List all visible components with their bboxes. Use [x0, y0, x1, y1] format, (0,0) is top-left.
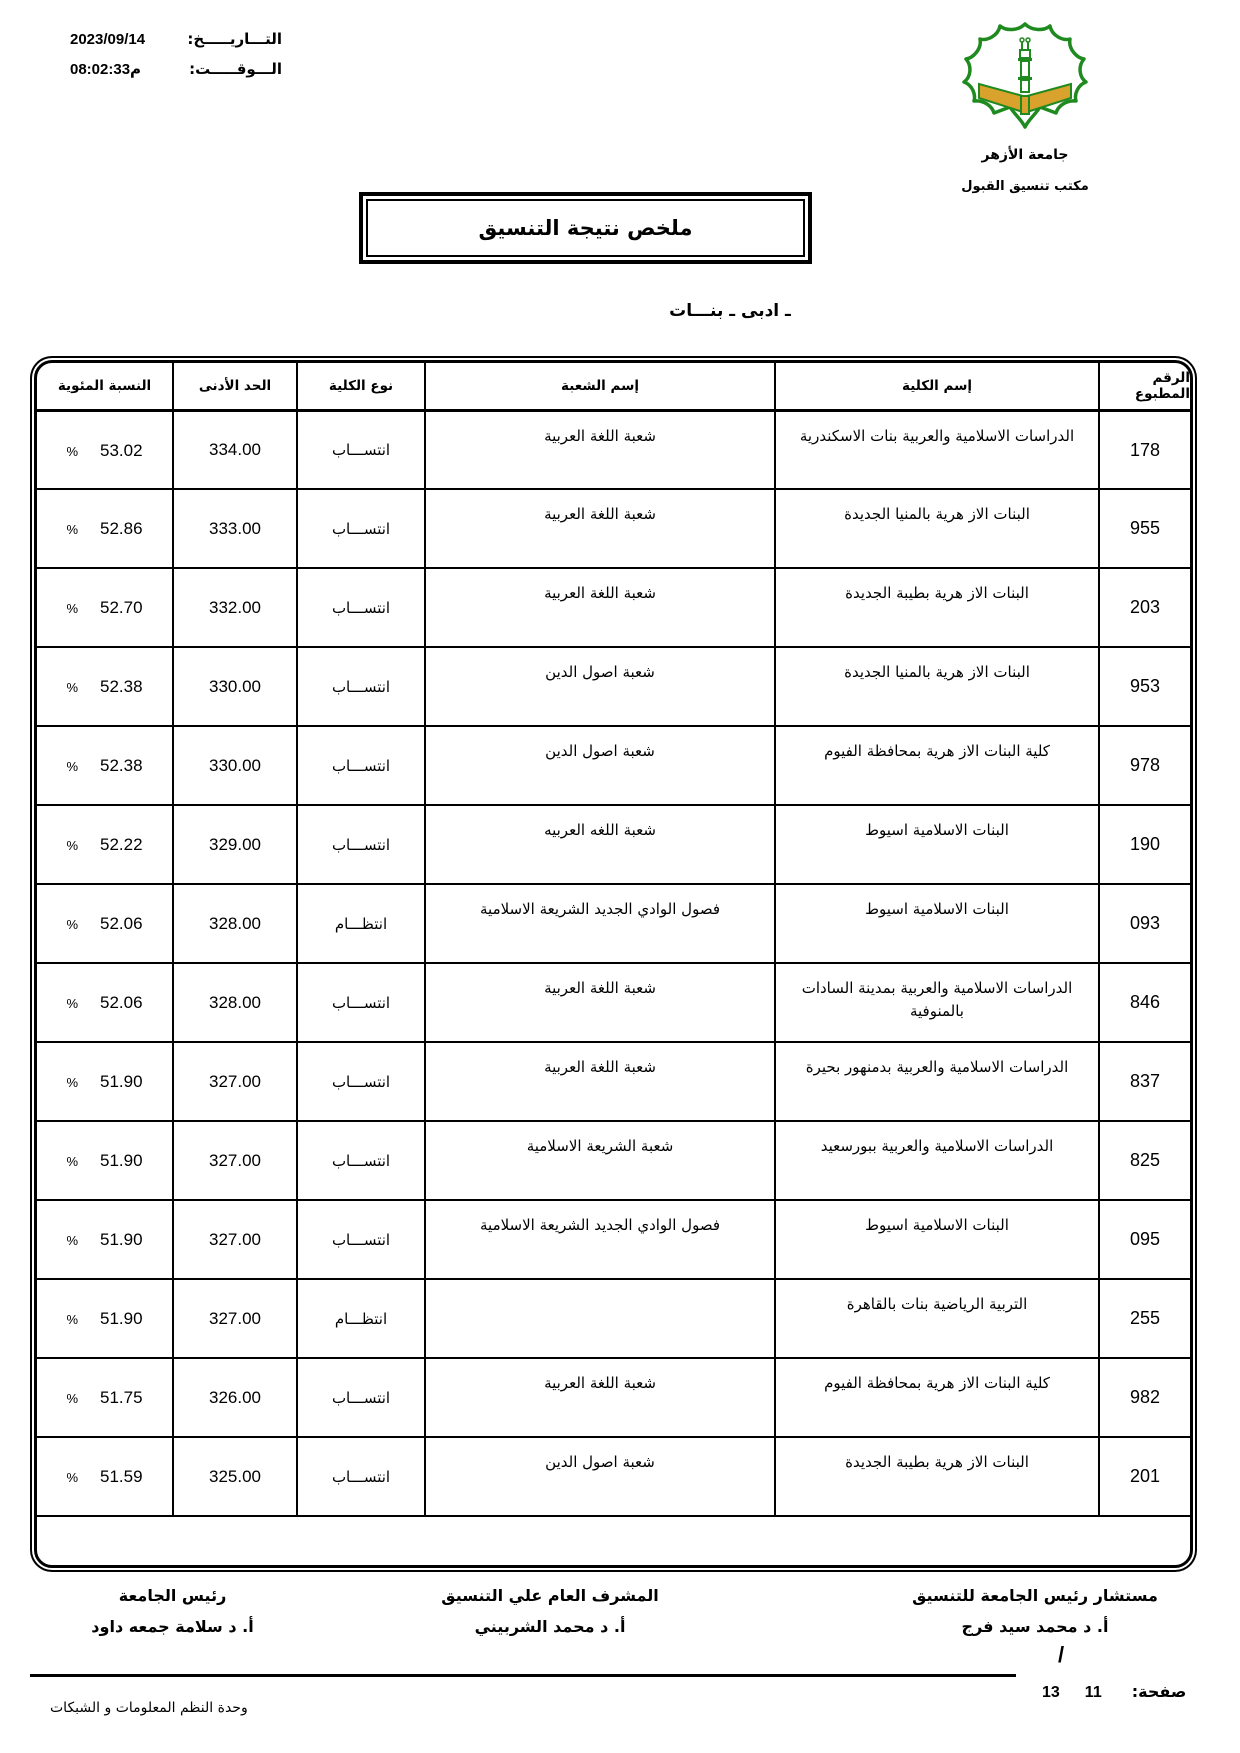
college-name-cell: الدراسات الاسلامية والعربية ببورسعيد [776, 1122, 1100, 1199]
minimum-score-cell: 326.00 [174, 1359, 298, 1436]
college-type-cell: انتســـاب [298, 806, 426, 883]
percent-sign: % [66, 917, 78, 932]
section-name-cell: شعبة اللغه العربيه [426, 806, 776, 883]
section-name-cell: شعبة اللغة العربية [426, 412, 776, 488]
page-slash: / [1058, 1642, 1064, 1668]
printed-number-cell: 201 [1100, 1438, 1190, 1515]
title-inner-border: ملخص نتيجة التنسيق [366, 199, 805, 257]
college-type-cell: انتســـاب [298, 490, 426, 567]
college-name-cell: البنات الاز هرية بطيبة الجديدة [776, 1438, 1100, 1515]
percentage-cell: % 52.70 [37, 569, 174, 646]
minimum-score-cell: 330.00 [174, 727, 298, 804]
table-row: % 53.02 334.00 انتســـاب شعبة اللغة العر… [37, 409, 1190, 488]
signature-title: المشرف العام علي التنسيق [400, 1586, 700, 1605]
minimum-score-cell: 332.00 [174, 569, 298, 646]
college-type-cell: انتســـاب [298, 569, 426, 646]
percentage-cell: % 51.90 [37, 1122, 174, 1199]
percentage-cell: % 51.59 [37, 1438, 174, 1515]
section-name-cell [426, 1280, 776, 1357]
college-type-cell: انتســـاب [298, 648, 426, 725]
table-row: % 52.70 332.00 انتســـاب شعبة اللغة العر… [37, 567, 1190, 646]
percentage-cell: % 52.86 [37, 490, 174, 567]
table-row: % 52.38 330.00 انتســـاب شعبة اصول الدين… [37, 646, 1190, 725]
signature-title: رئيس الجامعة [25, 1586, 320, 1605]
percentage-value: 52.06 [100, 993, 143, 1013]
college-name-cell: البنات الاز هرية بالمنيا الجديدة [776, 648, 1100, 725]
percentage-value: 52.70 [100, 598, 143, 618]
percent-sign: % [66, 1154, 78, 1169]
time-value: م08:02:33 [70, 60, 141, 78]
percentage-cell: % 52.38 [37, 648, 174, 725]
date-value: 2023/09/14 [70, 31, 145, 48]
percentage-cell: % 51.90 [37, 1280, 174, 1357]
page-title: ملخص نتيجة التنسيق [479, 216, 693, 240]
printed-number-cell: 982 [1100, 1359, 1190, 1436]
signature-advisor: مستشار رئيس الجامعة للتنسيق أ. د محمد سي… [880, 1586, 1190, 1636]
percent-sign: % [66, 1075, 78, 1090]
printed-number-cell: 190 [1100, 806, 1190, 883]
section-name-cell: فصول الوادي الجديد الشريعة الاسلامية [426, 885, 776, 962]
percentage-value: 52.06 [100, 914, 143, 934]
percent-sign: % [66, 759, 78, 774]
section-name-cell: شعبة اصول الدين [426, 648, 776, 725]
page-total: 13 [1042, 1684, 1060, 1702]
datetime-block: التـــاريـــــخ: 2023/09/14 الـــوقـــــ… [70, 30, 282, 78]
percentage-value: 52.38 [100, 677, 143, 697]
percent-sign: % [66, 444, 78, 459]
section-name-cell: شعبة الشريعة الاسلامية [426, 1122, 776, 1199]
section-name-cell: شعبة اصول الدين [426, 1438, 776, 1515]
table-row: % 51.75 326.00 انتســـاب شعبة اللغة العر… [37, 1357, 1190, 1436]
percent-sign: % [66, 522, 78, 537]
college-name-cell: الدراسات الاسلامية والعربية بنات الاسكند… [776, 412, 1100, 488]
table-header-row: النسبة المئوية الحد الأدنى نوع الكلية إس… [37, 363, 1190, 409]
percent-sign: % [66, 996, 78, 1011]
university-name: جامعة الأزهر [930, 147, 1120, 163]
date-label: التـــاريـــــخ: [187, 30, 282, 48]
minimum-score-cell: 328.00 [174, 964, 298, 1041]
percent-sign: % [66, 1391, 78, 1406]
section-name-cell: شعبة اصول الدين [426, 727, 776, 804]
percentage-cell: % 52.06 [37, 964, 174, 1041]
percentage-value: 53.02 [100, 441, 143, 461]
college-name-cell: البنات الاز هرية بطيبة الجديدة [776, 569, 1100, 646]
minimum-score-cell: 330.00 [174, 648, 298, 725]
printed-number-cell: 095 [1100, 1201, 1190, 1278]
section-name-cell: شعبة اللغة العربية [426, 1043, 776, 1120]
signature-supervisor: المشرف العام علي التنسيق أ. د محمد الشرب… [400, 1586, 700, 1636]
table-row: % 52.06 328.00 انتظـــام فصول الوادي الج… [37, 883, 1190, 962]
time-row: الـــوقـــــت: م08:02:33 [70, 60, 282, 78]
minimum-score-cell: 327.00 [174, 1043, 298, 1120]
percent-sign: % [66, 680, 78, 695]
college-name-cell: البنات الاسلامية اسيوط [776, 885, 1100, 962]
table-row: % 52.22 329.00 انتســـاب شعبة اللغه العر… [37, 804, 1190, 883]
percentage-value: 52.86 [100, 519, 143, 539]
signature-president: رئيس الجامعة أ. د سلامة جمعه داود [25, 1586, 320, 1636]
printed-number-cell: 093 [1100, 885, 1190, 962]
percentage-cell: % 52.38 [37, 727, 174, 804]
minimum-score-cell: 329.00 [174, 806, 298, 883]
college-type-cell: انتســـاب [298, 1043, 426, 1120]
signature-title: مستشار رئيس الجامعة للتنسيق [880, 1586, 1190, 1605]
page-current: 11 [1085, 1684, 1102, 1702]
header-printed-number: الرقم المطبوع [1100, 363, 1190, 409]
minimum-score-cell: 327.00 [174, 1122, 298, 1199]
printed-number-cell: 953 [1100, 648, 1190, 725]
table-row: % 51.59 325.00 انتســـاب شعبة اصول الدين… [37, 1436, 1190, 1515]
percentage-cell: % 51.75 [37, 1359, 174, 1436]
percentage-cell: % 52.22 [37, 806, 174, 883]
table-row: % 51.90 327.00 انتظـــام التربية الرياضي… [37, 1278, 1190, 1357]
college-type-cell: انتســـاب [298, 1201, 426, 1278]
percentage-value: 51.90 [100, 1309, 143, 1329]
percentage-value: 51.90 [100, 1151, 143, 1171]
printed-number-cell: 203 [1100, 569, 1190, 646]
section-name-cell: شعبة اللغة العربية [426, 1359, 776, 1436]
college-type-cell: انتســـاب [298, 1438, 426, 1515]
college-type-cell: انتســـاب [298, 964, 426, 1041]
percentage-value: 52.22 [100, 835, 143, 855]
time-label: الـــوقـــــت: [189, 60, 282, 78]
table-row: % 51.90 327.00 انتســـاب شعبة اللغة العر… [37, 1041, 1190, 1120]
footer-divider [30, 1674, 1016, 1677]
minimum-score-cell: 325.00 [174, 1438, 298, 1515]
college-type-cell: انتظـــام [298, 885, 426, 962]
college-name-cell: كلية البنات الاز هرية بمحافظة الفيوم [776, 1359, 1100, 1436]
college-type-cell: انتســـاب [298, 1122, 426, 1199]
page-label: صفحة: [1132, 1682, 1187, 1701]
header-college-type: نوع الكلية [298, 363, 426, 409]
printed-number-cell: 846 [1100, 964, 1190, 1041]
college-name-cell: البنات الاز هرية بالمنيا الجديدة [776, 490, 1100, 567]
date-row: التـــاريـــــخ: 2023/09/14 [70, 30, 282, 48]
college-type-cell: انتســـاب [298, 1359, 426, 1436]
printed-number-cell: 978 [1100, 727, 1190, 804]
table-row: % 52.06 328.00 انتســـاب شعبة اللغة العر… [37, 962, 1190, 1041]
percent-sign: % [66, 838, 78, 853]
college-name-cell: كلية البنات الاز هرية بمحافظة الفيوم [776, 727, 1100, 804]
table-row: % 51.90 327.00 انتســـاب فصول الوادي الج… [37, 1199, 1190, 1278]
table-body: % 53.02 334.00 انتســـاب شعبة اللغة العر… [37, 409, 1190, 1515]
printed-number-cell: 837 [1100, 1043, 1190, 1120]
header-college-name: إسم الكلية [776, 363, 1100, 409]
header-percentage: النسبة المئوية [37, 363, 174, 409]
printed-number-cell: 825 [1100, 1122, 1190, 1199]
college-name-cell: التربية الرياضية بنات بالقاهرة [776, 1280, 1100, 1357]
minimum-score-cell: 327.00 [174, 1201, 298, 1278]
signature-name: أ. د محمد الشربيني [400, 1617, 700, 1636]
subtitle: ـ ادبى ـ بنـــات [580, 301, 880, 321]
printed-number-cell: 255 [1100, 1280, 1190, 1357]
signature-name: أ. د سلامة جمعه داود [25, 1617, 320, 1636]
percentage-value: 51.59 [100, 1467, 143, 1487]
percent-sign: % [66, 1470, 78, 1485]
percentage-value: 52.38 [100, 756, 143, 776]
printed-number-cell: 955 [1100, 490, 1190, 567]
document-page: التـــاريـــــخ: 2023/09/14 الـــوقـــــ… [0, 0, 1240, 1753]
percentage-cell: % 53.02 [37, 412, 174, 488]
table-row: % 52.86 333.00 انتســـاب شعبة اللغة العر… [37, 488, 1190, 567]
college-name-cell: البنات الاسلامية اسيوط [776, 1201, 1100, 1278]
minimum-score-cell: 327.00 [174, 1280, 298, 1357]
percentage-cell: % 51.90 [37, 1043, 174, 1120]
section-name-cell: شعبة اللغة العربية [426, 569, 776, 646]
college-type-cell: انتســـاب [298, 412, 426, 488]
percentage-cell: % 51.90 [37, 1201, 174, 1278]
section-name-cell: شعبة اللغة العربية [426, 490, 776, 567]
results-table: النسبة المئوية الحد الأدنى نوع الكلية إس… [34, 360, 1193, 1568]
table-row: % 51.90 327.00 انتســـاب شعبة الشريعة ال… [37, 1120, 1190, 1199]
minimum-score-cell: 333.00 [174, 490, 298, 567]
college-name-cell: الدراسات الاسلامية والعربية بمدينة الساد… [776, 964, 1100, 1041]
header-section-name: إسم الشعبة [426, 363, 776, 409]
it-unit-caption: وحدة النظم المعلومات و الشبكات [50, 1700, 248, 1716]
percent-sign: % [66, 1233, 78, 1248]
section-name-cell: شعبة اللغة العربية [426, 964, 776, 1041]
page-info: 13 11 صفحة: [1030, 1682, 1186, 1702]
table-row: % 52.38 330.00 انتســـاب شعبة اصول الدين… [37, 725, 1190, 804]
university-logo-icon [955, 20, 1095, 146]
college-name-cell: البنات الاسلامية اسيوط [776, 806, 1100, 883]
percent-sign: % [66, 601, 78, 616]
percent-sign: % [66, 1312, 78, 1327]
printed-number-cell: 178 [1100, 412, 1190, 488]
college-name-cell: الدراسات الاسلامية والعربية بدمنهور بحير… [776, 1043, 1100, 1120]
title-box: ملخص نتيجة التنسيق [359, 192, 812, 264]
college-type-cell: انتســـاب [298, 727, 426, 804]
percentage-cell: % 52.06 [37, 885, 174, 962]
minimum-score-cell: 334.00 [174, 412, 298, 488]
percentage-value: 51.90 [100, 1230, 143, 1250]
minimum-score-cell: 328.00 [174, 885, 298, 962]
table-bottom-filler [37, 1515, 1190, 1567]
section-name-cell: فصول الوادي الجديد الشريعة الاسلامية [426, 1201, 776, 1278]
signature-name: أ. د محمد سيد فرج [880, 1617, 1190, 1636]
office-name: مكتب تنسيق القبول [930, 179, 1120, 194]
college-type-cell: انتظـــام [298, 1280, 426, 1357]
percentage-value: 51.75 [100, 1388, 143, 1408]
header-minimum: الحد الأدنى [174, 363, 298, 409]
percentage-value: 51.90 [100, 1072, 143, 1092]
